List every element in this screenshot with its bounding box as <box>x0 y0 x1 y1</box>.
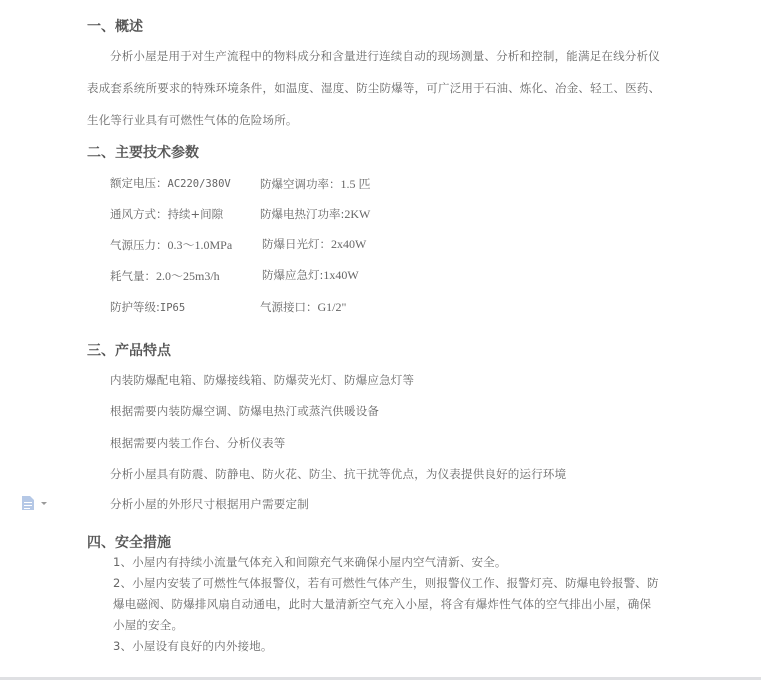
heading-features: 三、产品特点 <box>87 340 171 360</box>
spec-air-inlet: 气源接口：G1/2" <box>260 299 346 315</box>
safety-line: 小屋的安全。 <box>113 617 183 633</box>
spec-value: G1/2" <box>318 300 347 314</box>
safety-line: 爆电磁阀、防爆排风扇自动通电，此时大量清新空气充入小屋，将含有爆炸性气体的空气排… <box>113 596 651 612</box>
spec-value: AC220/380V <box>168 178 231 190</box>
spec-emergency-lamp: 防爆应急灯:1x40W <box>262 267 359 283</box>
spec-ac-power: 防爆空调功率：1.5 匹 <box>260 175 371 192</box>
caret-down-icon[interactable] <box>41 502 47 505</box>
spec-ventilation: 通风方式：持续+间隙 <box>110 206 223 222</box>
feature-item: 根据需要内装工作台、分析仪表等 <box>110 435 286 451</box>
feature-item: 分析小屋的外形尺寸根据用户需要定制 <box>110 496 309 512</box>
spec-label: 气源压力： <box>110 238 168 252</box>
safety-line: 2、小屋内安装了可燃性气体报警仪，若有可燃性气体产生，则报警仪工作、报警灯亮、防… <box>113 575 659 591</box>
spec-air-consumption: 耗气量：2.0～25m3/h <box>110 267 220 284</box>
spec-value: 持续+间隙 <box>168 207 224 221</box>
overview-line-2: 表成套系统所要求的特殊环境条件，如温度、湿度、防尘防爆等，可广泛用于石油、炼化、… <box>87 80 660 96</box>
spec-value: 2.0～25m3/h <box>156 269 220 283</box>
spec-value: IP65 <box>160 302 185 314</box>
spec-label: 防爆应急灯: <box>262 268 323 282</box>
spec-label: 气源接口： <box>260 300 318 314</box>
spec-label: 防护等级: <box>110 300 160 314</box>
spec-label: 防爆空调功率： <box>260 177 341 191</box>
spec-value: 2x40W <box>331 237 366 251</box>
feature-item: 根据需要内装防爆空调、防爆电热汀或蒸汽供暖设备 <box>110 403 379 419</box>
feature-item: 分析小屋具有防震、防静电、防火花、防尘、抗干扰等优点，为仪表提供良好的运行环境 <box>110 466 566 482</box>
spec-air-pressure: 气源压力：0.3～1.0MPa <box>110 236 232 253</box>
spec-heater-power: 防爆电热汀功率:2KW <box>260 206 370 222</box>
feature-item: 内装防爆配电箱、防爆接线箱、防爆荧光灯、防爆应急灯等 <box>110 372 414 388</box>
spec-fluorescent-lamp: 防爆日光灯：2x40W <box>262 236 366 252</box>
safety-line: 3、小屋设有良好的内外接地。 <box>113 638 273 654</box>
spec-label: 防爆电热汀功率: <box>260 207 344 221</box>
spec-label: 额定电压： <box>110 176 168 190</box>
spec-protection-level: 防护等级:IP65 <box>110 299 185 315</box>
spec-value: 1x40W <box>323 268 358 282</box>
document-icon[interactable] <box>22 496 34 510</box>
overview-line-3: 生化等行业具有可燃性气体的危险场所。 <box>87 112 298 128</box>
spec-voltage: 额定电压：AC220/380V <box>110 175 231 191</box>
spec-label: 防爆日光灯： <box>262 237 331 251</box>
heading-overview: 一、概述 <box>87 16 143 36</box>
safety-line: 1、小屋内有持续小流量气体充入和间隙充气来确保小屋内空气清新、安全。 <box>113 554 507 570</box>
spec-label: 通风方式： <box>110 207 168 221</box>
overview-line-1: 分析小屋是用于对生产流程中的物料成分和含量进行连续自动的现场测量、分析和控制，能… <box>110 48 660 64</box>
spec-label: 耗气量： <box>110 269 156 283</box>
spec-value: 2KW <box>344 207 370 221</box>
spec-value: 1.5 匹 <box>341 177 371 191</box>
heading-safety: 四、安全措施 <box>87 532 171 552</box>
spec-value: 0.3～1.0MPa <box>168 238 233 252</box>
heading-specs: 二、主要技术参数 <box>87 142 199 162</box>
